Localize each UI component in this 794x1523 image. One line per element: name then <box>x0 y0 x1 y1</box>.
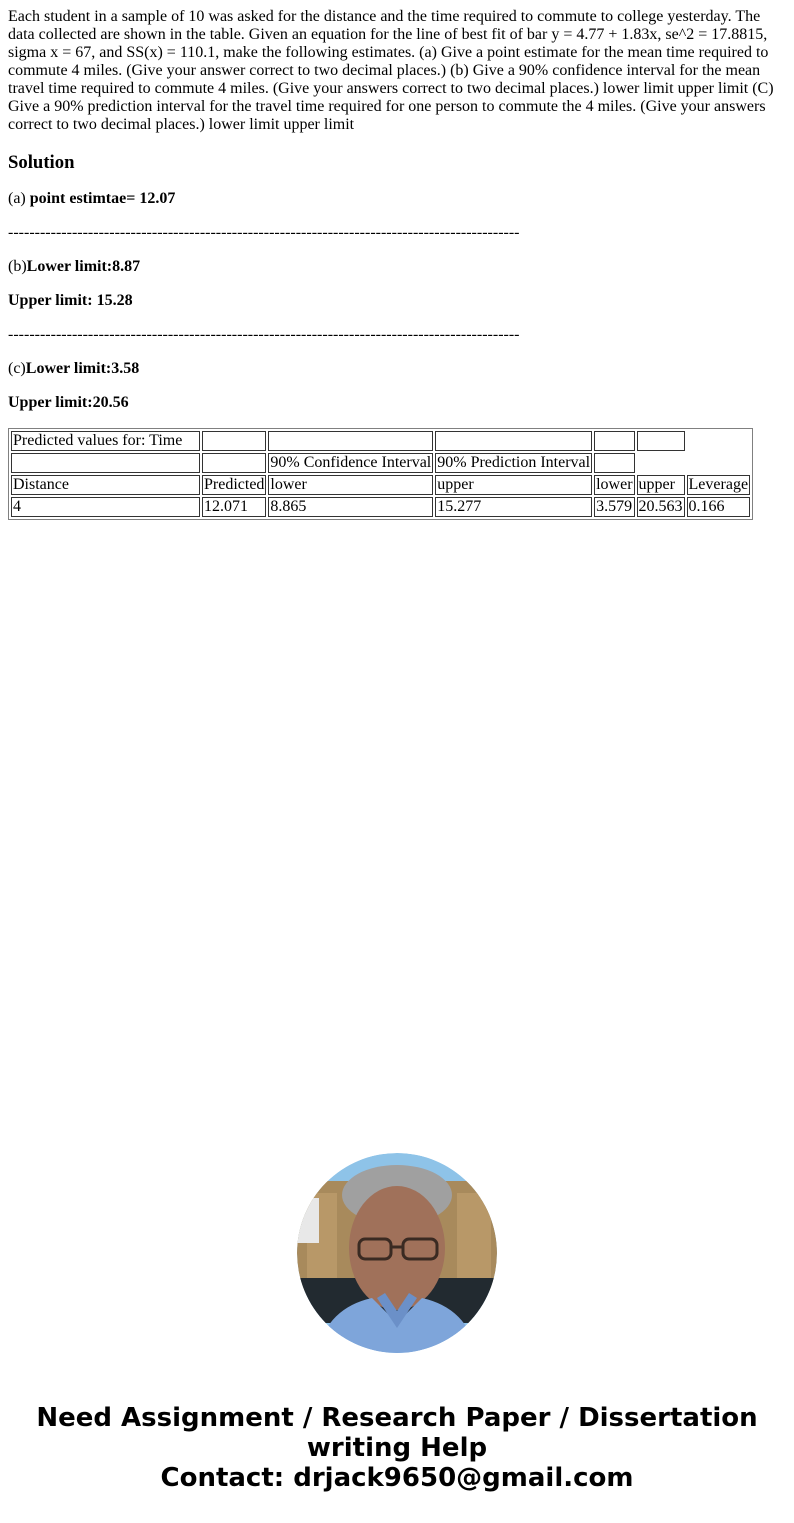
answer-c-upper: Upper limit:20.56 <box>8 394 786 412</box>
footer-banner: Need Assignment / Research Paper / Disse… <box>0 1403 794 1493</box>
answer-b-prefix: (b) <box>8 258 27 275</box>
answer-c-lower-value: Lower limit:3.58 <box>26 360 139 377</box>
header-cell: upper <box>435 475 592 495</box>
header-cell: upper <box>637 475 685 495</box>
empty-cell <box>202 453 266 473</box>
prediction-table: Predicted values for: Time 90% Confidenc… <box>8 428 753 520</box>
answer-a: (a) point estimtae= 12.07 <box>8 190 786 208</box>
data-cell: 12.071 <box>202 497 266 517</box>
header-cell: lower <box>268 475 433 495</box>
table-row: 4 12.071 8.865 15.277 3.579 20.563 0.166 <box>11 497 750 517</box>
author-avatar <box>297 1153 497 1353</box>
separator-2: ----------------------------------------… <box>8 326 786 344</box>
footer-contact: Contact: drjack9650@gmail.com <box>0 1463 794 1493</box>
answer-c-prefix: (c) <box>8 360 26 377</box>
answer-a-prefix: (a) <box>8 190 30 207</box>
answer-b-lower-value: Lower limit:8.87 <box>27 258 140 275</box>
empty-cell <box>268 431 433 451</box>
empty-cell <box>435 431 592 451</box>
data-cell: 15.277 <box>435 497 592 517</box>
solution-heading: Solution <box>8 152 786 174</box>
header-cell: lower <box>594 475 634 495</box>
header-cell: Leverage <box>687 475 751 495</box>
empty-cell <box>637 431 685 451</box>
table-title-cell: Predicted values for: Time <box>11 431 200 451</box>
table-title-row: Predicted values for: Time <box>11 431 750 451</box>
table-interval-row: 90% Confidence Interval 90% Prediction I… <box>11 453 750 473</box>
table-header-row: Distance Predicted lower upper lower upp… <box>11 475 750 495</box>
separator-1: ----------------------------------------… <box>8 224 786 242</box>
empty-cell <box>594 431 634 451</box>
footer-line-2: writing Help <box>0 1433 794 1463</box>
confidence-interval-label: 90% Confidence Interval <box>268 453 433 473</box>
document-body: Each student in a sample of 10 was asked… <box>0 0 794 520</box>
data-cell: 20.563 <box>637 497 685 517</box>
portrait-image <box>297 1153 497 1353</box>
answer-c-upper-value: Upper limit:20.56 <box>8 394 129 411</box>
data-cell: 3.579 <box>594 497 634 517</box>
data-cell: 0.166 <box>687 497 751 517</box>
header-cell: Distance <box>11 475 200 495</box>
prediction-interval-label: 90% Prediction Interval <box>435 453 592 473</box>
empty-cell <box>202 431 266 451</box>
header-cell: Predicted <box>202 475 266 495</box>
question-text: Each student in a sample of 10 was asked… <box>8 8 786 134</box>
data-cell: 8.865 <box>268 497 433 517</box>
data-cell: 4 <box>11 497 200 517</box>
answer-b-upper-value: Upper limit: 15.28 <box>8 292 133 309</box>
answer-a-value: point estimtae= 12.07 <box>30 190 176 207</box>
answer-b-lower: (b)Lower limit:8.87 <box>8 258 786 276</box>
answer-c-lower: (c)Lower limit:3.58 <box>8 360 786 378</box>
empty-cell <box>11 453 200 473</box>
answer-b-upper: Upper limit: 15.28 <box>8 292 786 310</box>
footer-line-1: Need Assignment / Research Paper / Disse… <box>0 1403 794 1433</box>
empty-cell <box>594 453 634 473</box>
